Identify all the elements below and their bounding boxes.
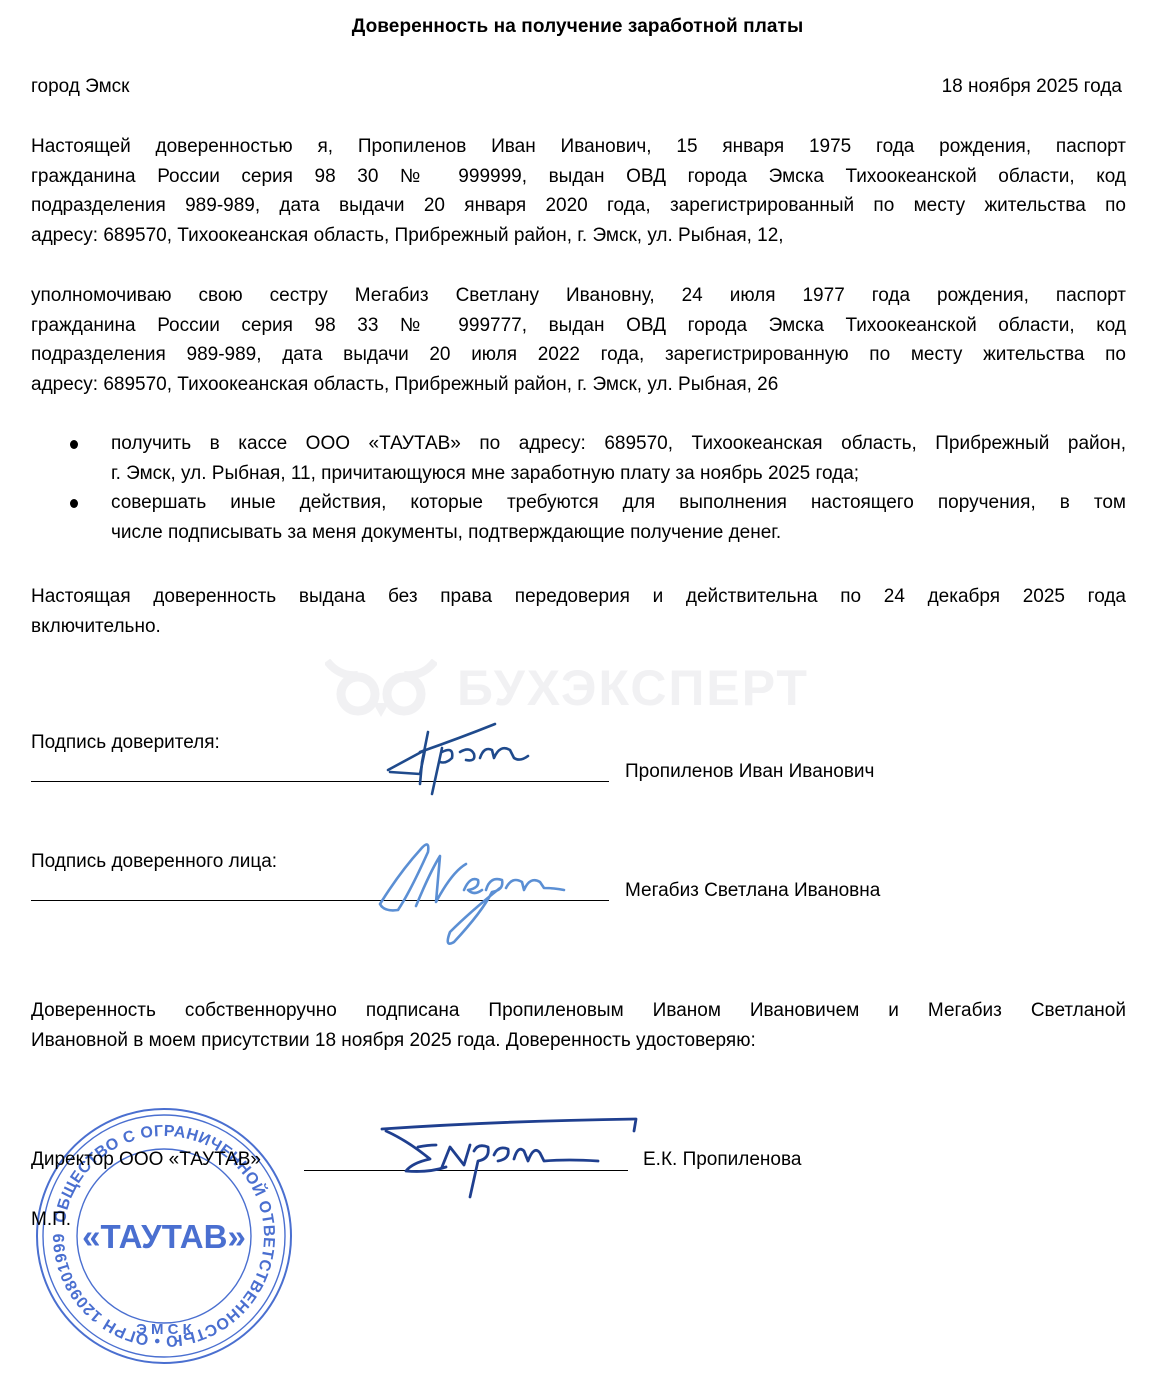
bullet-icon [70, 499, 78, 508]
owl-eyes-logo-icon [325, 659, 437, 717]
power-item: совершать иные действия, которые требуют… [31, 488, 1126, 547]
bullet-icon [70, 440, 78, 449]
paragraph-line: адресу: 689570, Тихоокеанская область, П… [31, 370, 1126, 400]
principal-signature-label: Подпись доверителя: [31, 728, 220, 758]
agent-name: Мегабиз Светлана Ивановна [625, 876, 880, 906]
director-signature-line [304, 1170, 628, 1171]
agent-signature-line [31, 900, 609, 901]
document-date: 18 ноября 2025 года [942, 72, 1122, 102]
director-label: Директор ООО «ТАУТАВ» [31, 1145, 261, 1175]
principal-signature-line [31, 781, 609, 782]
list-line: совершать иные действия, которые требуют… [111, 488, 1126, 518]
agent-signature-icon [370, 832, 580, 952]
director-name: Е.К. Пропиленова [643, 1145, 801, 1175]
stamp-bottom-text: Э М С К [136, 1321, 193, 1338]
power-item: получить в кассе ООО «ТАУТАВ» по адресу:… [31, 429, 1126, 488]
principal-paragraph: Настоящей доверенностью я, Пропиленов Ив… [31, 132, 1126, 250]
list-line: г. Эмск, ул. Рыбная, 11, причитающуюся м… [111, 459, 1126, 489]
list-line: получить в кассе ООО «ТАУТАВ» по адресу:… [111, 429, 1126, 459]
paragraph-line: включительно. [31, 612, 1126, 642]
validity-paragraph: Настоящая доверенность выдана без права … [31, 582, 1126, 641]
power-of-attorney-document: Доверенность на получение заработной пла… [0, 0, 1155, 1377]
principal-name: Пропиленов Иван Иванович [625, 757, 874, 787]
document-city: город Эмск [31, 72, 129, 102]
watermark: БУХЭКСПЕРТ [325, 658, 809, 718]
paragraph-line: Настоящей доверенностью я, Пропиленов Ив… [31, 132, 1126, 162]
paragraph-line: адресу: 689570, Тихоокеанская область, П… [31, 221, 1126, 251]
paragraph-line: Доверенность собственноручно подписана П… [31, 996, 1126, 1026]
powers-list: получить в кассе ООО «ТАУТАВ» по адресу:… [31, 429, 1126, 547]
paragraph-line: Ивановной в моем присутствии 18 ноября 2… [31, 1026, 1126, 1056]
paragraph-line: подразделения 989-989, дата выдачи 20 ян… [31, 191, 1126, 221]
certification-paragraph: Доверенность собственноручно подписана П… [31, 996, 1126, 1055]
list-line: числе подписывать за меня документы, под… [111, 518, 1126, 548]
seal-place-label: М.П. [31, 1205, 71, 1235]
agent-paragraph: уполномочиваю свою сестру Мегабиз Светла… [31, 281, 1126, 399]
paragraph-line: уполномочиваю свою сестру Мегабиз Светла… [31, 281, 1126, 311]
document-title: Доверенность на получение заработной пла… [0, 16, 1155, 38]
paragraph-line: подразделения 989-989, дата выдачи 20 ию… [31, 340, 1126, 370]
paragraph-line: Настоящая доверенность выдана без права … [31, 582, 1126, 612]
watermark-text: БУХЭКСПЕРТ [457, 659, 809, 717]
stamp-center-text: «ТАУТАВ» [82, 1218, 246, 1255]
agent-signature-label: Подпись доверенного лица: [31, 847, 277, 877]
paragraph-line: гражданина России серия 98 33 № 999777, … [31, 311, 1126, 341]
director-signature-icon [378, 1115, 643, 1205]
principal-signature-icon [380, 722, 550, 802]
paragraph-line: гражданина России серия 98 30 № 999999, … [31, 162, 1126, 192]
